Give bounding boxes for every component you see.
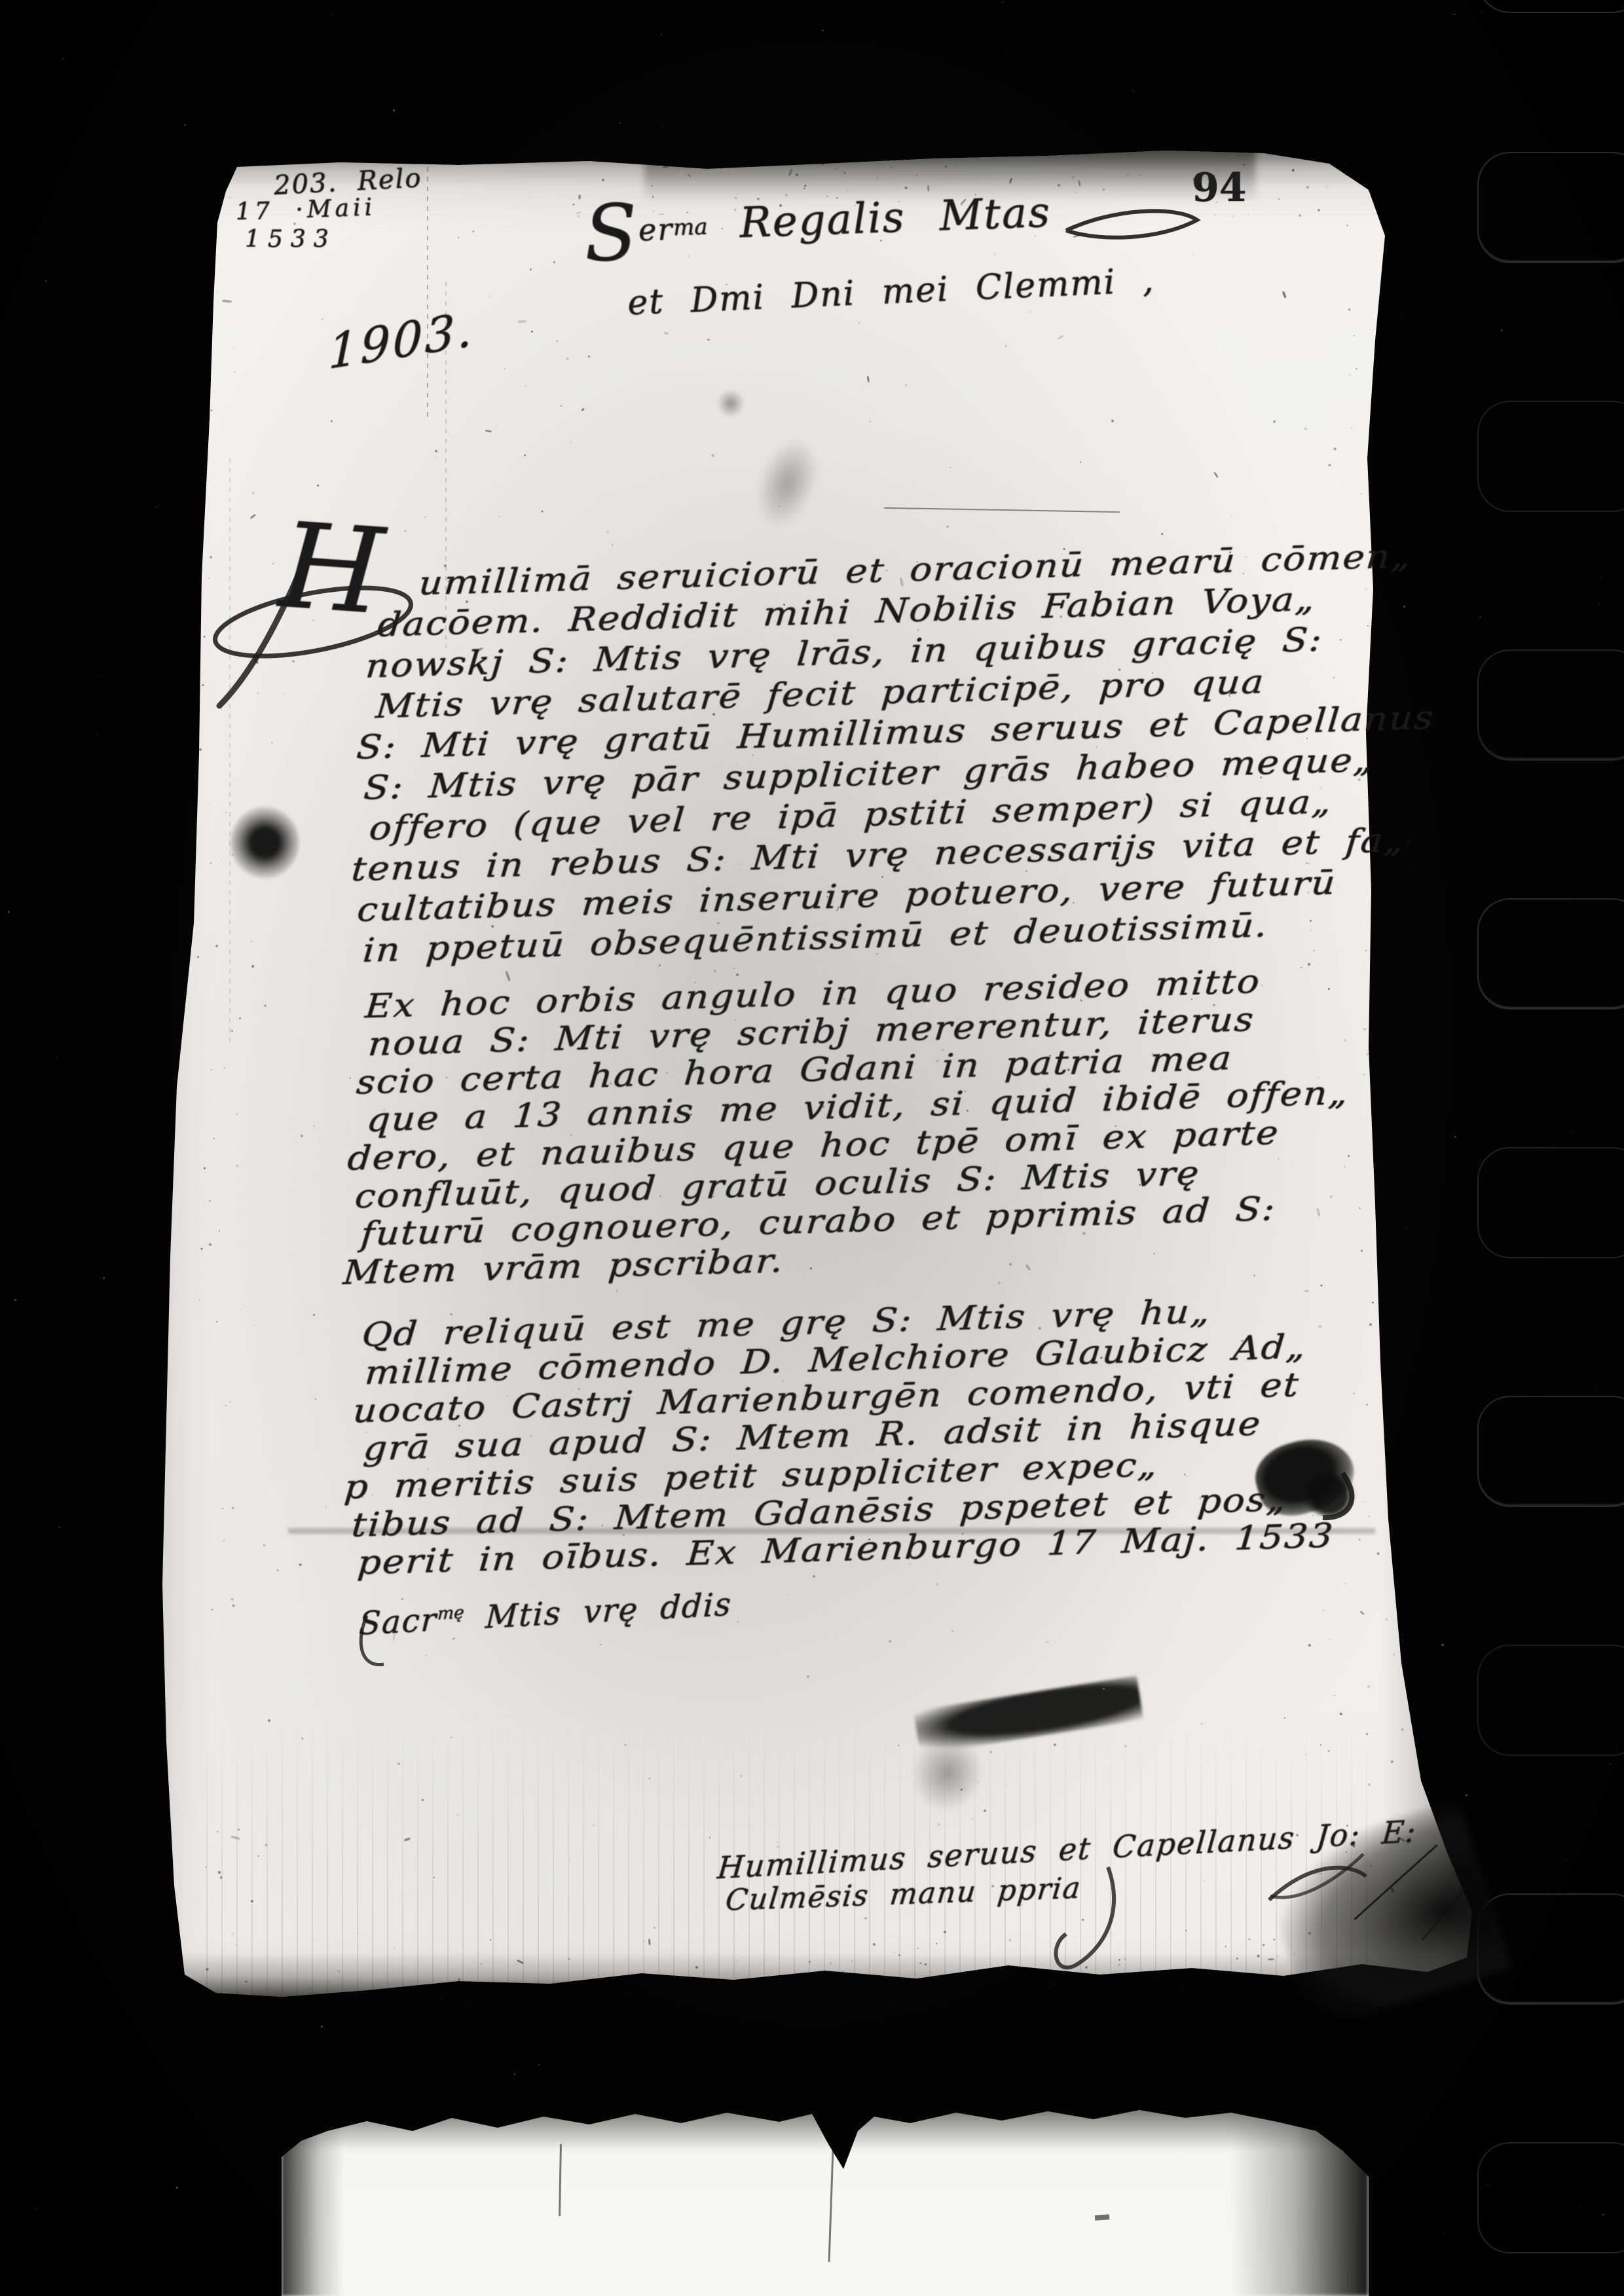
body-paragraph: umillimā seruiciorū et oracionū mearū cō… bbox=[345, 534, 1449, 971]
salutation-superscript: ma bbox=[673, 214, 708, 242]
stain bbox=[717, 390, 745, 417]
ink-blot bbox=[231, 807, 299, 879]
closing-prefix: Sacr bbox=[358, 1602, 438, 1643]
film-sprocket-hole bbox=[1477, 898, 1624, 1010]
microfilm-scan: { "page": { "page_number": "94", "annota… bbox=[0, 0, 1624, 2296]
film-sprocket-hole bbox=[1477, 0, 1624, 13]
film-sprocket-hole bbox=[1477, 1396, 1624, 1507]
film-sprocket-hole bbox=[1477, 649, 1624, 761]
body-paragraph: Ex hoc orbis angulo in quo resideo mitto… bbox=[343, 960, 1359, 1292]
annotation-date: 17 ·Maii bbox=[235, 194, 376, 225]
film-sprocket-hole bbox=[1477, 152, 1624, 263]
film-sprocket-hole bbox=[1477, 2142, 1624, 2253]
fold-crease bbox=[427, 167, 428, 422]
page-number: 94 bbox=[1192, 165, 1247, 211]
film-sprocket-hole bbox=[1477, 1147, 1624, 1258]
paper-crack bbox=[1095, 2214, 1110, 2221]
paper-crack bbox=[559, 2144, 562, 2216]
fold-crease bbox=[229, 458, 231, 1048]
salutation-initial: S bbox=[583, 187, 640, 280]
salutation-tail: er bbox=[638, 211, 674, 248]
film-sprocket-hole bbox=[1477, 401, 1624, 512]
film-sprocket-hole bbox=[1477, 1645, 1624, 1756]
body-paragraph: Qd reliquū est me grę S: Mtis vrę hu„ mi… bbox=[343, 1288, 1353, 1582]
body-initial: H bbox=[277, 514, 388, 626]
annotation-year: 1533 bbox=[245, 226, 337, 253]
salutation-rest: Regalis Mtas bbox=[739, 189, 1052, 248]
closing-superscript: mę bbox=[437, 1602, 464, 1624]
